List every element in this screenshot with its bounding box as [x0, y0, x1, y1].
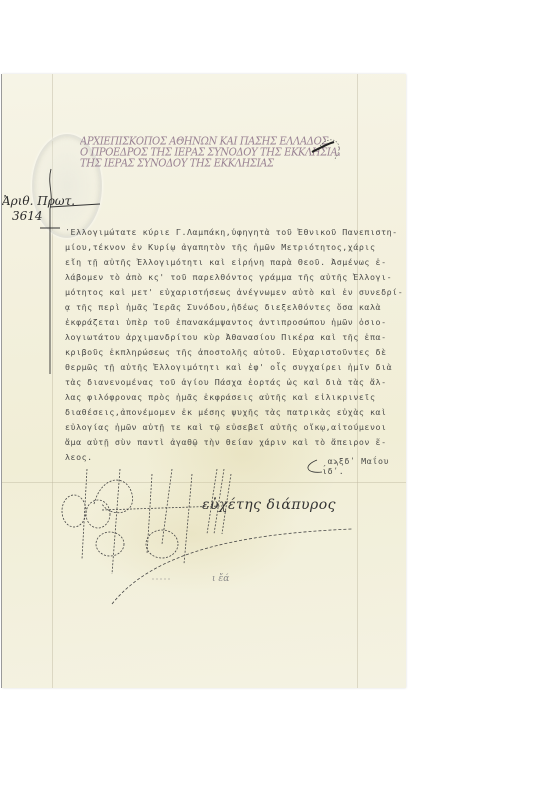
letter-line: μίου,τέκνον ἐν Κυρίῳ ἀγαπητὸν τῆς ἡμῶν Μ… — [65, 240, 406, 255]
letter-line: μότητος καὶ μετ' εὐχαριστήσεως ἀνέγνωμεν… — [65, 285, 406, 300]
letter-line: εἴη τῇ αὐτῆς Ἐλλογιμότητι καὶ εἰρήνη παρ… — [65, 255, 406, 270]
letter-line: ᾳ τῆς περὶ ἡμᾶς Ἱερᾶς Συνόδου,ἡδέως διεξ… — [65, 300, 406, 315]
letter-line: θερμῶς τῇ αὐτῆς Ἐλλογιμότητι καὶ ἐφ' οἷς… — [65, 360, 406, 375]
letter-line: ἐκφράζεται ὑπὲρ τοῦ ἐπανακάμψαντος ἀντιπ… — [65, 315, 406, 330]
letter-line: διαθέσεις,ἀπονέμομεν ἐκ μέσης ψυχῆς τὰς … — [65, 405, 406, 420]
signature-text: εὐχέτης διάπυρος — [202, 497, 336, 513]
letterhead-line: ΤΗΣ ΙΕΡΑΣ ΣΥΝΟΔΟΥ ΤΗΣ ΕΚΚΛΗΣΙΑΣ — [80, 157, 340, 169]
letter-line: κριβοῦς ἐκπληρώσεως τῆς ἀποστολῆς αὐτοῦ.… — [65, 345, 406, 360]
letter-line: τὰς διανενομένας τοῦ ἁγίου Πάσχα ἑορτάς … — [65, 375, 406, 390]
letter-line: ἅμα αὐτῇ σὺν παντὶ ἀγαθῷ τὴν θείαν χάριν… — [65, 435, 406, 450]
letter-line: ᾿Ελλογιμώτατε κύριε Γ.Λαμπάκη,ὑφηγητὰ το… — [65, 225, 406, 240]
scanned-letter-page: ΑΡΧΙΕΠΙΣΚΟΠΟΣ ΑΘΗΝΩΝ ΚΑΙ ΠΑΣΗΣ ΕΛΛΑΔΟΣ Ο… — [2, 74, 406, 688]
pencil-annotation: ι ἔά — [212, 574, 229, 584]
paper-stain — [82, 474, 302, 594]
letter-body: ᾿Ελλογιμώτατε κύριε Γ.Λαμπάκη,ὑφηγητὰ το… — [65, 225, 406, 465]
letter-line: λας φιλόφρονας πρὸς ἡμᾶς ἐκφράσεις αὐτῆς… — [65, 390, 406, 405]
protocol-number: 3614 — [2, 209, 75, 224]
letter-line: λάβομεν τὸ ἀπὸ κς' τοῦ παρελθόντος γράμμ… — [65, 270, 406, 285]
protocol-number-note: Ἀριθ. Πρωτ. 3614 — [2, 194, 75, 224]
protocol-label: Ἀριθ. Πρωτ. — [2, 194, 75, 209]
letter-date: ˏαϡξδʹ Μαΐου ιδʹ. — [322, 456, 406, 476]
letter-line: εὐλογίας ἡμῶν αὐτῇ τε καὶ τῷ εὐσεβεῖ αὐτ… — [65, 420, 406, 435]
letter-line: λογιωτάτου ἀρχιμανδρίτου κὺρ Ἀθανασίου Π… — [65, 330, 406, 345]
letterhead-stamp: ΑΡΧΙΕΠΙΣΚΟΠΟΣ ΑΘΗΝΩΝ ΚΑΙ ΠΑΣΗΣ ΕΛΛΑΔΟΣ Ο… — [80, 136, 340, 169]
